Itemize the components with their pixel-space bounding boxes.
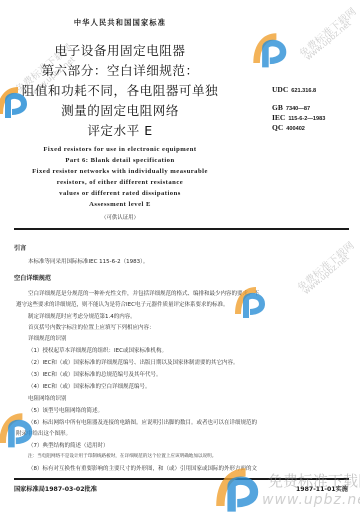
para1-line1: 空白详细规范是分规范的一种补充性文件，并包括详细规范的格式、编排和最少内容的要求…	[28, 289, 259, 297]
item-6-line2: 附录中给出这个图形。	[16, 429, 71, 437]
code-udc: UDC621.316.8	[272, 85, 316, 94]
para2: 制定详细规范时应考虑分规范第1.4的内容。	[28, 312, 136, 320]
en-title-line-5: values or different rated dissipations	[0, 190, 240, 197]
intro-heading: 引言	[14, 243, 26, 252]
en-title-line-4: resistors, of either different resistanc…	[0, 179, 240, 186]
zh-title-line-1: 电子设备用固定电阻器	[0, 40, 240, 59]
item-7: （7）典型结构的简述（适用时）	[28, 441, 109, 449]
zh-title-line-5: 评定水平 E	[0, 120, 240, 139]
watermark-url-2: www.upbz.net	[304, 19, 353, 62]
zh-title-line-4: 测量的固定电阻网络	[0, 100, 240, 119]
item-3: （3）IEC和（或）国家标准的总规范编号及其年代号。	[28, 370, 161, 378]
document-page: 中华人民共和国国家标准 电子设备用固定电阻器 第六部分：空白详细规范： 阻值和功…	[0, 0, 360, 522]
code-iec: IEC115-6-2—1983	[272, 113, 325, 122]
watermark-logo-icon-2	[250, 30, 294, 74]
item-4: （4）IEC和（或）国家标准的空白详细规范编号。	[28, 382, 150, 390]
item-6-line1: （6）标出网络中所有电阻器及连接的电路图。应说明引出脚的数目。或者也可以在详细规…	[28, 418, 257, 426]
para1-line2: 遵守这些要求的详细规范，则不能认为是符合IEC电子元器件质量评定体系要求的标准。	[16, 300, 228, 308]
en-title-line-1: Fixed resistors for use in electronic eq…	[0, 146, 240, 153]
note-7: 注：当电阻网络不是设计用于印制线路板时，在详细规范的这个位置上应该明确地加以说明…	[28, 453, 216, 459]
watermark-text-2: 免费标准下载网	[295, 3, 358, 59]
footer-divider	[14, 478, 349, 480]
watermark-url-3: www.upbz.net	[302, 253, 351, 296]
para3: 首页括号内数字标注的位置上应填写下列相应内容：	[28, 323, 155, 331]
intro-text: 本标准等同采用国际标准IEC 115-6-2（1983）。	[28, 257, 148, 265]
en-title-line-6: Assessment level E	[0, 201, 240, 208]
id-heading: 详细规范的识别	[28, 334, 67, 342]
effective-date: 1987-11-01实施	[296, 484, 348, 493]
item-5: （5）该型号电阻网络的简述。	[28, 406, 103, 414]
code-gb: GB7340—87	[272, 103, 310, 112]
blank-spec-heading: 空白详细规范	[14, 273, 51, 282]
item-8-line1: （8）标有对互换性有重要影响的主要尺寸的外形图，和（或）引用国家或国际的外形方面…	[28, 464, 257, 472]
zh-title-line-3: 阻值和功耗不同，各电阻器可单独	[0, 80, 240, 99]
net-heading: 电阻网络的识别	[28, 394, 67, 402]
en-title-line-2: Part 6: Blank detail specification	[0, 157, 240, 164]
en-subtitle: （可供认证用）	[0, 213, 240, 221]
approval-date: 国家标准局1987-03-02批准	[14, 484, 97, 493]
item-1: （1）授权起草本详细规范的组织：IEC或国家标准机构。	[28, 346, 167, 354]
code-qc: QC400402	[272, 123, 305, 132]
item-2: （2）IEC和（或）国家标准的详细规范编号、出版日期以及国家体制需要的其它内容。	[28, 358, 238, 366]
header-divider	[14, 228, 349, 230]
zh-title-line-2: 第六部分：空白详细规范：	[0, 60, 240, 79]
standard-header: 中华人民共和国国家标准	[0, 18, 240, 28]
watermark-text-3: 免费标准下载网	[293, 237, 356, 293]
watermark-big-url: www.upbz.net	[262, 492, 360, 508]
watermark-logo-icon-5	[212, 464, 268, 520]
en-title-line-3: Fixed resistor networks with individuall…	[0, 168, 240, 175]
